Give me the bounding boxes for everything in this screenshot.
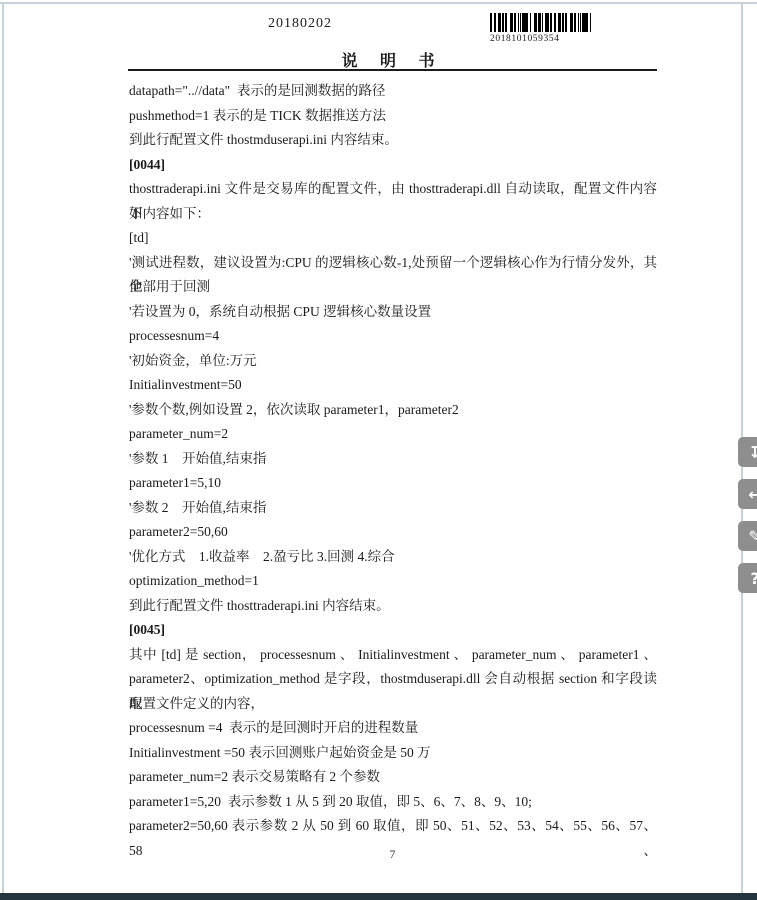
- body-line: parameter_num=2 表示交易策略有 2 个参数: [129, 765, 657, 790]
- body-line: 到此行配置文件 thosttraderapi.ini 内容结束。: [129, 594, 657, 619]
- body-line: 其中 [td] 是 section， processesnum 、 Initia…: [129, 643, 657, 668]
- body-line: datapath="..//data" 表示的是回测数据的路径: [129, 79, 657, 104]
- publication-date: 20180202: [240, 16, 360, 32]
- body-line: 到此行配置文件 thostmduserapi.ini 内容结束。: [129, 128, 657, 153]
- document-body: datapath="..//data" 表示的是回测数据的路径pushmetho…: [129, 79, 657, 839]
- feedback-button[interactable]: ✎: [738, 521, 757, 551]
- bottom-bar: [0, 893, 757, 900]
- patent-document-page: 20180202 2018101059354 说 明 书 datapath=".…: [0, 0, 757, 900]
- body-line: [0044]: [129, 153, 657, 178]
- back-icon: ←: [748, 485, 757, 504]
- back-button[interactable]: ←: [738, 479, 757, 509]
- feedback-icon: ✎: [748, 527, 757, 546]
- body-line: processesnum =4 表示的是回测时开启的进程数量: [129, 716, 657, 741]
- body-line: parameter2=50,60: [129, 520, 657, 545]
- body-line: 配置文件定义的内容，: [129, 692, 657, 717]
- help-icon: ?: [750, 569, 757, 588]
- body-line: Initialinvestment =50 表示回测账户起始资金是 50 万: [129, 741, 657, 766]
- body-line: parameter_num=2: [129, 422, 657, 447]
- body-line: '参数 1 开始值,结束指: [129, 447, 657, 472]
- body-line: processesnum=4: [129, 324, 657, 349]
- body-line: parameter1=5,20 表示参数 1 从 5 到 20 取值，即 5、6…: [129, 790, 657, 815]
- barcode: 2018101059354: [490, 13, 600, 44]
- page-border-top: [0, 2, 757, 4]
- body-line: optimization_method=1: [129, 569, 657, 594]
- help-button[interactable]: ?: [738, 563, 757, 593]
- download-button[interactable]: ↧: [738, 437, 757, 467]
- download-icon: ↧: [748, 443, 757, 462]
- body-line: '参数 2 开始值,结束指: [129, 496, 657, 521]
- body-line: '初始资金，单位:万元: [129, 349, 657, 374]
- body-line: [td]: [129, 226, 657, 251]
- body-line: '优化方式 1.收益率 2.盈亏比 3.回测 4.综合: [129, 545, 657, 570]
- body-line: 全部用于回测: [129, 275, 657, 300]
- body-line: pushmethod=1 表示的是 TICK 数据推送方法: [129, 104, 657, 129]
- floating-toolbar: ↧←✎?: [738, 437, 757, 593]
- page-title: 说 明 书: [128, 48, 657, 71]
- body-line: thosttraderapi.ini 文件是交易库的配置文件，由 thosttr…: [129, 177, 657, 202]
- body-line: '若设置为 0，系统自动根据 CPU 逻辑核心数量设置: [129, 300, 657, 325]
- body-line: Initialinvestment=50: [129, 373, 657, 398]
- barcode-number: 2018101059354: [490, 34, 600, 44]
- body-line: parameter2=50,60 表示参数 2 从 50 到 60 取值，即 5…: [129, 814, 657, 839]
- header-divider: [128, 69, 657, 71]
- body-line: '测试进程数，建议设置为:CPU 的逻辑核心数-1,处预留一个逻辑核心作为行情分…: [129, 251, 657, 276]
- page-number: 7: [128, 849, 657, 861]
- body-line: '参数个数,例如设置 2，依次读取 parameter1，parameter2: [129, 398, 657, 423]
- barcode-image: [490, 13, 593, 32]
- page-border-left: [2, 2, 4, 893]
- body-line: parameter2、optimization_method 是字段，thost…: [129, 667, 657, 692]
- body-line: 下内容如下：: [129, 202, 657, 227]
- body-line: parameter1=5,10: [129, 471, 657, 496]
- body-line: [0045]: [129, 618, 657, 643]
